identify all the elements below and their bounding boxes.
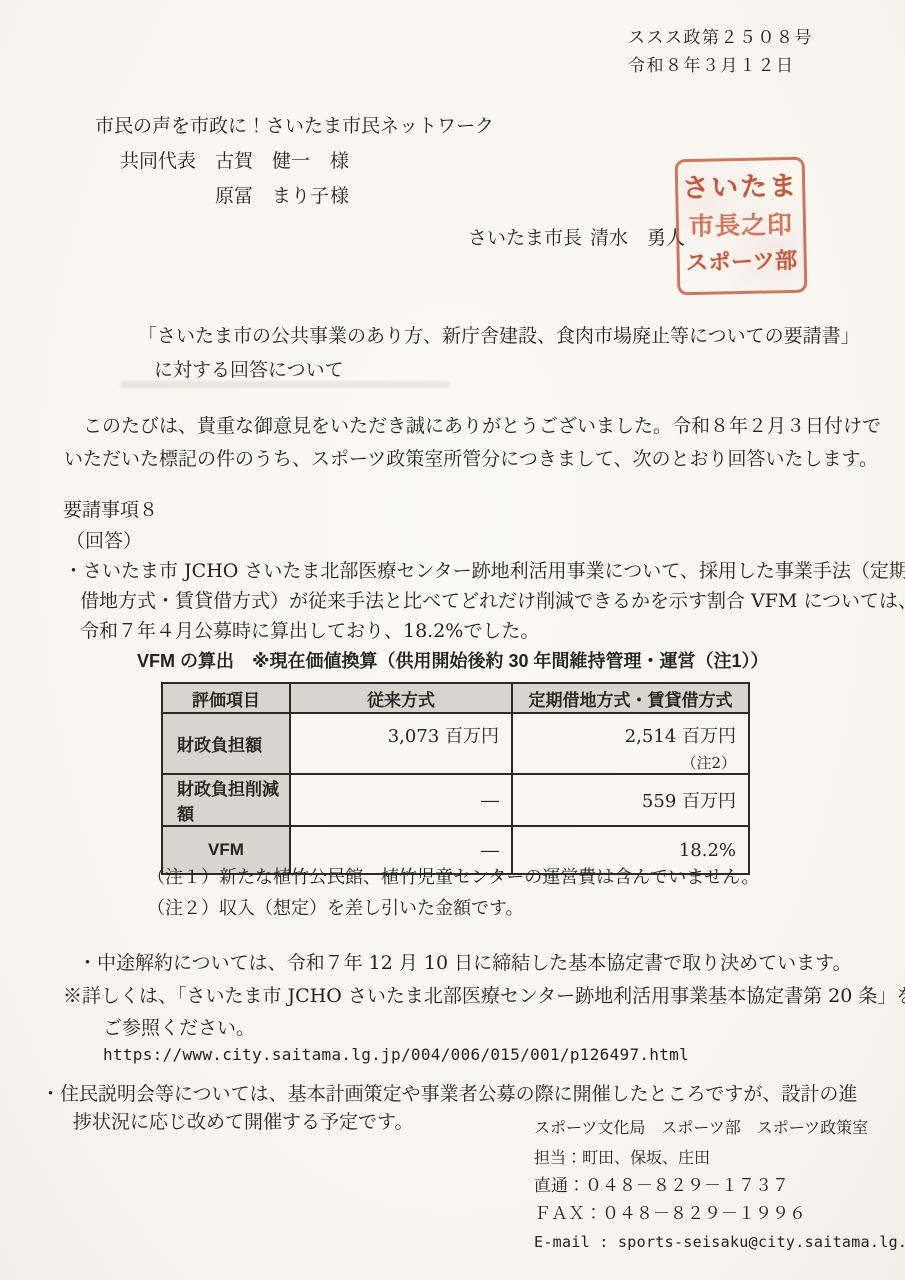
- sender-name: 清水 勇人: [590, 229, 685, 248]
- vfm-cell-adopted-value: 2,514 百万円: [513, 722, 736, 748]
- recipient-organization: 市民の声を市政に！さいたま市民ネットワーク: [95, 117, 494, 136]
- recipient-representative-1: 共同代表: [120, 152, 196, 171]
- stamp-line-2: 市長之印: [679, 206, 804, 246]
- contact-staff: 担当：町田、保坂、庄田: [534, 1150, 710, 1166]
- bullet3-line-1: ・住民説明会等については、基本計画策定や事業者公募の際に開催したところですが、設…: [41, 1085, 857, 1104]
- greeting-line-1: このたびは、貴重な御意見をいただき誠にありがとうございました。令和８年２月３日付…: [64, 417, 881, 436]
- vfm-col-header-adopted: 定期借地方式・賃貸借方式: [512, 683, 749, 713]
- vfm-row-burden: 財政負担額 3,073 百万円 2,514 百万円 （注2）: [162, 713, 749, 774]
- bullet2-line-2: ※詳しくは、「さいたま市 JCHO さいたま北部医療センター跡地利活用事業基本協…: [63, 987, 905, 1006]
- recipient-rep1-honorific: 様: [330, 152, 349, 171]
- vfm-cell-adopted: 2,514 百万円 （注2）: [512, 713, 749, 774]
- section-heading: 要請事項８: [63, 501, 158, 520]
- bullet1-line-3: 令和７年４月公募時に算出しており、18.2%でした。: [80, 622, 539, 641]
- scan-smudge: [120, 381, 450, 388]
- recipient-rep2-honorific: 様: [330, 187, 349, 206]
- vfm-cell-adopted: 559 百万円: [512, 774, 749, 826]
- vfm-cell-conventional: ―: [290, 774, 512, 826]
- vfm-cell-conventional: 3,073 百万円: [290, 713, 512, 774]
- table-note-2: （注２）収入（想定）を差し引いた金額です。: [147, 900, 524, 918]
- subject-line-2: に対する回答について: [154, 361, 344, 380]
- stamp-line-1: さいたま: [678, 167, 803, 209]
- vfm-row-reduction: 財政負担削減額 ― 559 百万円: [162, 774, 749, 826]
- vfm-table: 評価項目 従来方式 定期借地方式・賃貸借方式 財政負担額 3,073 百万円 2…: [161, 682, 750, 875]
- greeting-line-2: いただいた標記の件のうち、スポーツ政策室所管分につきまして、次のとおり回答いたし…: [64, 450, 878, 469]
- bullet1-line-2: 借地方式・賃貸借方式）が従来手法と比べてどれだけ削減できるかを示す割合 VFM …: [80, 592, 905, 611]
- reference-url: https://www.city.saitama.lg.jp/004/006/0…: [103, 1047, 689, 1063]
- vfm-col-header-conventional: 従来方式: [290, 683, 512, 713]
- issue-date: 令和８年３月１２日: [628, 58, 795, 75]
- vfm-row-label: 財政負担額: [162, 713, 290, 774]
- contact-fax: ＦＡＸ：０４８－８２９－１９９６: [534, 1206, 806, 1223]
- contact-phone: 直通：０４８－８２９－１７３７: [534, 1178, 789, 1195]
- official-red-stamp: さいたま 市長之印 スポーツ部: [675, 157, 808, 296]
- vfm-row-label: 財政負担削減額: [162, 774, 290, 826]
- contact-email: E-mail : sports-seisaku@city.saitama.lg.…: [534, 1235, 905, 1250]
- stamp-line-3: スポーツ部: [679, 243, 804, 281]
- bullet2-line-1: ・中途解約については、令和７年 12 月 10 日に締結した基本協定書で取り決め…: [78, 954, 852, 973]
- bullet2-line-3: ご参照ください。: [103, 1019, 255, 1038]
- vfm-header-row: 評価項目 従来方式 定期借地方式・賃貸借方式: [162, 683, 749, 713]
- contact-department: スポーツ文化局 スポーツ部 スポーツ政策室: [534, 1120, 868, 1136]
- vfm-table-caption: VFM の算出 ※現在価値換算（供用開始後約 30 年間維持管理・運営（注1））: [137, 652, 769, 670]
- recipient-rep1-name: 古賀 健一: [215, 152, 310, 171]
- recipient-rep-title: 共同代表: [120, 150, 196, 172]
- bullet3-line-2: 捗状況に応じ改めて開催する予定です。: [73, 1113, 413, 1132]
- answer-label: （回答）: [66, 532, 142, 551]
- vfm-col-header-item: 評価項目: [162, 683, 290, 713]
- scanned-letter-page: ススス政第２５０８号 令和８年３月１２日 市民の声を市政に！さいたま市民ネットワ…: [0, 0, 905, 1280]
- recipient-rep2-name: 原冨 まり子: [215, 187, 329, 206]
- table-note-1: （注１）新たな植竹公民館、植竹児童センターの運営費は含んでいません。: [147, 869, 759, 887]
- bullet1-line-1: ・さいたま市 JCHO さいたま北部医療センター跡地利活用事業について、採用した…: [64, 562, 905, 581]
- sender-title: さいたま市長: [468, 229, 582, 248]
- doc-number: ススス政第２５０８号: [628, 30, 813, 47]
- vfm-cell-adopted-note: （注2）: [513, 752, 736, 773]
- subject-line-1: 「さいたま市の公共事業のあり方、新庁舎建設、食肉市場廃止等についての要請書」: [138, 327, 860, 346]
